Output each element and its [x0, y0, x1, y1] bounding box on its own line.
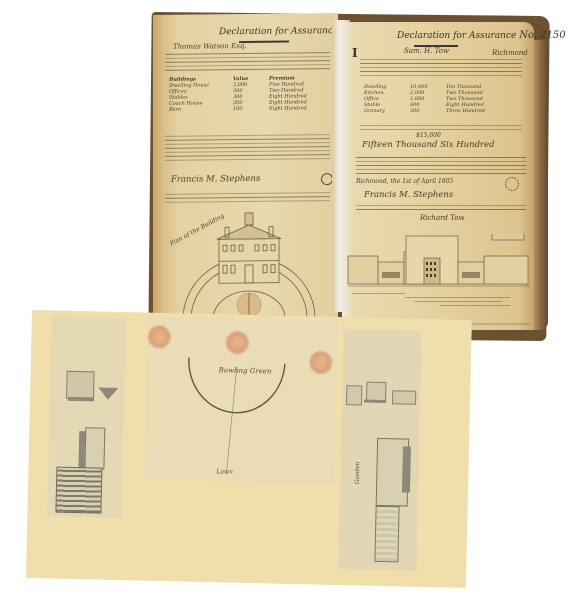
right-lower-text	[356, 202, 526, 210]
bowling-green-label: Bowling Green	[219, 366, 272, 375]
drop-cap: I	[352, 46, 358, 60]
site-notes-table	[374, 506, 399, 563]
site-plan-wall	[402, 446, 411, 492]
mansion-rotated-elevation	[55, 467, 102, 514]
wax-seal-mark	[309, 350, 334, 375]
right-strip-panel: Garden	[338, 329, 421, 571]
left-printed-form	[165, 49, 330, 71]
center-panel: Bowling Green Lawn	[144, 317, 338, 483]
left-signature: Francis M. Stephens	[171, 174, 260, 185]
façade-notes	[352, 290, 528, 306]
outbuilding-elevation	[346, 385, 362, 405]
right-page: Declaration for Assurance No. 2150 I Sam…	[342, 22, 534, 330]
total-in-words: Fifteen Thousand Six Hundred	[362, 140, 495, 150]
right-page-title: Declaration for Assurance No. 2150	[397, 30, 566, 41]
left-strip-panel	[47, 316, 126, 518]
table-row: Granary 300 Three Hundred	[364, 108, 524, 114]
right-valuation-table: Dwelling 10,000 Ten Thousand Kitchen 2,0…	[364, 84, 524, 114]
loose-sheet: Bowling Green Lawn Garden	[26, 310, 472, 588]
wax-seal-mark	[225, 330, 250, 355]
right-heading-name: Sam. H. Tow	[404, 47, 449, 55]
mansion-elevation-drawing	[163, 208, 335, 322]
right-table-lines	[360, 122, 522, 130]
right-printed-form	[360, 56, 522, 76]
left-lower-text	[165, 189, 330, 203]
gable-drawing	[98, 388, 118, 400]
seal-stamp	[505, 177, 519, 191]
wax-seal-mark	[147, 325, 172, 350]
left-printed-clauses	[165, 131, 330, 161]
total-figure: $15,600	[416, 132, 441, 139]
left-page: Declaration for Assurance No. 2149 Thoma…	[153, 13, 338, 321]
outbuilding-elevation	[66, 371, 95, 400]
outbuilding-base	[364, 400, 386, 403]
lawn-label: Lawn	[216, 468, 233, 475]
witness-name: Richard Tow	[420, 214, 465, 222]
outbuilding-elevation	[392, 390, 416, 405]
right-signature: Francis M. Stephens	[364, 190, 453, 200]
facade-elevation-drawing	[346, 234, 532, 328]
outbuilding-base	[68, 397, 94, 402]
garden-label: Garden	[354, 462, 362, 485]
right-printed-clauses	[356, 154, 526, 174]
left-valuation-table: Buildings Value Premium Dwelling House 2…	[169, 75, 329, 113]
table-row: Barn 100 Eight Hundred	[169, 105, 329, 113]
date-line: Richmond, the 1st of April 1805	[356, 178, 453, 185]
rotated-house-elevation	[84, 427, 105, 469]
